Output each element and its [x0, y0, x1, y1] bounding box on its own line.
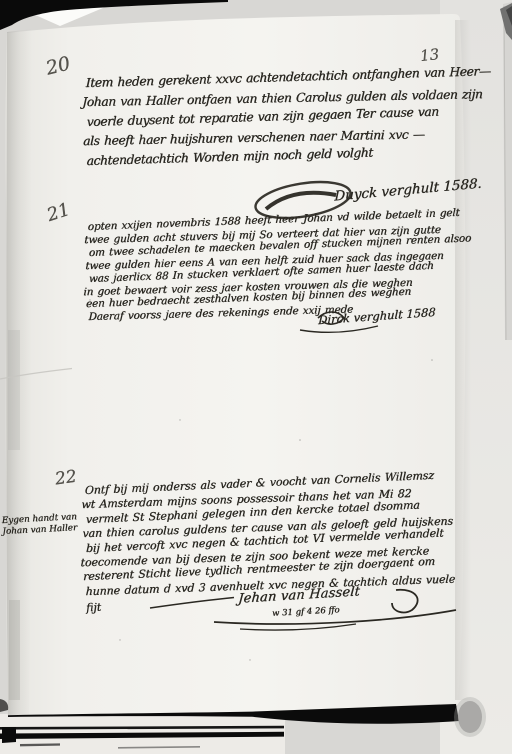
entry-22-closing-word: fijt: [86, 601, 102, 615]
entry-20-text: Item heden gerekent xxvc achtendetachtic…: [83, 64, 491, 171]
entry-number-20: 20: [44, 52, 73, 79]
entry-22-signature-note: w 31 gf 4 26 ffo: [272, 605, 340, 619]
text-layer: 13 20 Item heden gerekent xxvc achtendet…: [0, 0, 512, 754]
manuscript-scan: 13 20 Item heden gerekent xxvc achtendet…: [0, 0, 512, 754]
margin-note: Eygen handt van Johan van Haller: [2, 512, 78, 537]
entry-20-signature: Duyck verghult 1588.: [334, 176, 482, 205]
folio-number: 13: [419, 45, 440, 65]
entry-number-22: 22: [54, 467, 78, 490]
entry-22-text: Ontf bij mij onderss als vader & voocht …: [81, 470, 458, 600]
entry-number-21: 21: [44, 199, 72, 226]
